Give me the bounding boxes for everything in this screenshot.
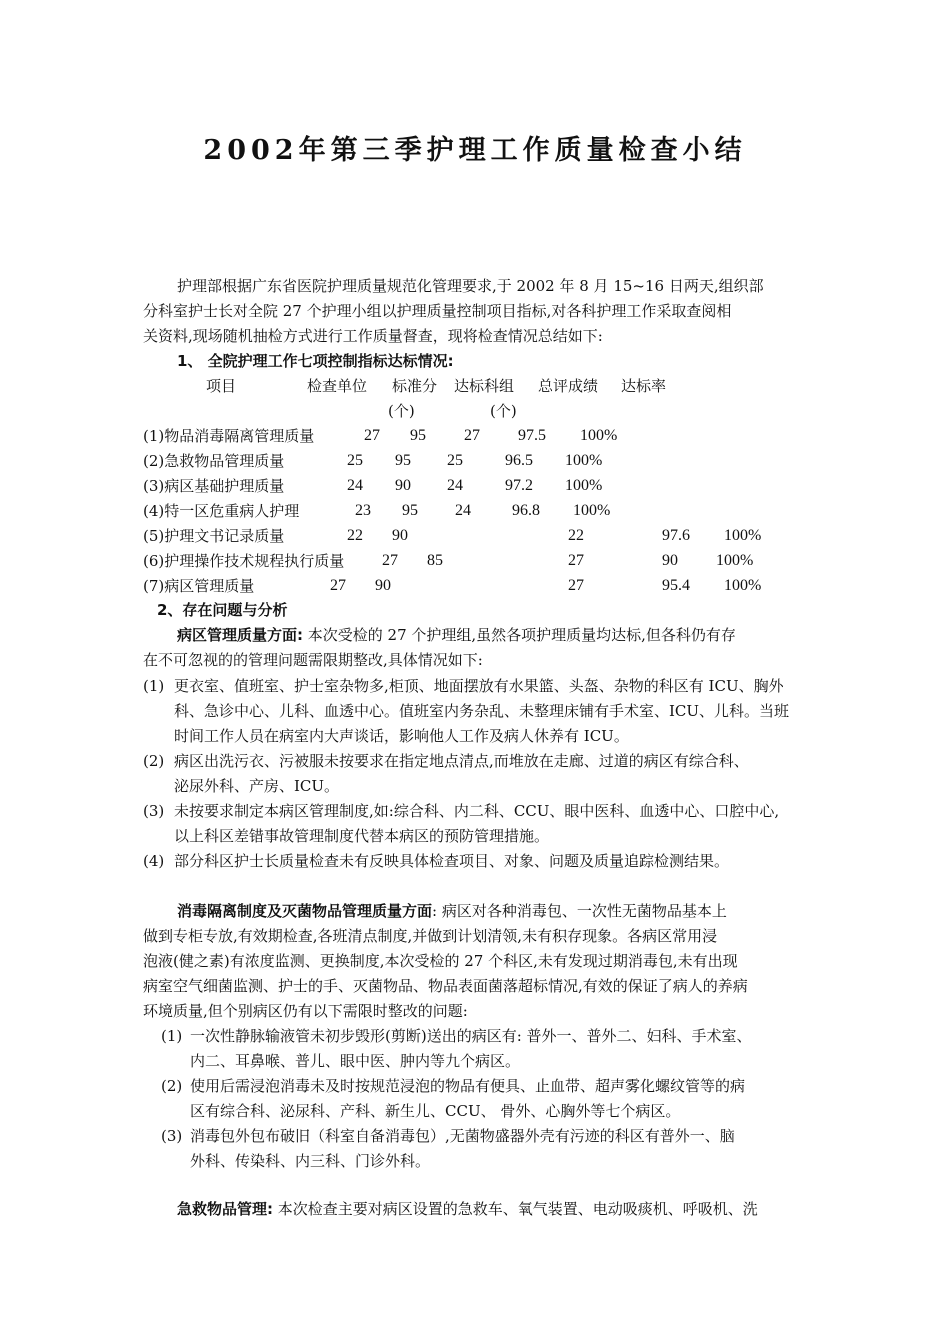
list-item-line: 泌尿外科、产房、ICU。 [174, 776, 339, 796]
row-units: 25 [347, 451, 363, 471]
row-score: 97.6 [662, 526, 690, 546]
table-subheader: (个) [388, 401, 415, 421]
row-rate: 100% [724, 576, 761, 596]
list-item-line: 科、急诊中心、儿科、血透中心。值班室内务杂乱、未整理床铺有手术室、ICU、儿科。… [174, 701, 789, 721]
list-item-line: 未按要求制定本病区管理制度,如:综合科、内二科、CCU、眼中医科、血透中心、口腔… [174, 801, 779, 821]
row-rate: 100% [724, 526, 761, 546]
row-passed: 24 [455, 501, 471, 521]
row-rate: 100% [573, 501, 610, 521]
row-item: (6)护理操作技术规程执行质量 [143, 551, 344, 571]
disinfection-line: 泡液(健之素)有浓度监测、更换制度,本次受检的 27 个科区,未有发现过期消毒包… [143, 951, 738, 971]
list-item-line: 病区出洗污衣、污被服未按要求在指定地点清点,而堆放在走廊、过道的病区有综合科、 [174, 751, 749, 771]
list-item-line: 区有综合科、泌尿科、产科、新生儿、CCU、 骨外、心胸外等七个病区。 [190, 1101, 680, 1121]
row-standard: 90 [392, 526, 408, 546]
ward-mgmt-label: 病区管理质量方面: [177, 626, 303, 644]
table-header-item: 项目 [206, 376, 236, 396]
list-item-number: (4) [143, 851, 164, 871]
table-header-passed: 达标科组 [454, 376, 514, 396]
intro-line: 关资料,现场随机抽检方式进行工作质量督查，现将检查情况总结如下: [143, 326, 603, 346]
list-item-number: (1) [143, 676, 164, 696]
row-units: 24 [347, 476, 363, 496]
document-title: 2002年第三季护理工作质量检查小结 [0, 128, 950, 167]
row-score: 96.8 [512, 501, 540, 521]
first-aid-label: 急救物品管理: [177, 1200, 273, 1218]
row-passed: 27 [568, 576, 584, 596]
row-standard: 90 [375, 576, 391, 596]
row-score: 96.5 [505, 451, 533, 471]
row-units: 27 [382, 551, 398, 571]
row-passed: 22 [568, 526, 584, 546]
first-aid-paragraph: 急救物品管理: 本次检查主要对病区设置的急救车、氧气装置、电动吸痰机、呼吸机、洗 [177, 1199, 758, 1219]
ward-mgmt-line: 在不可忽视的的管理问题需限期整改,具体情况如下: [143, 650, 483, 670]
row-passed: 27 [464, 426, 480, 446]
list-item-line: 一次性静脉输液管未初步毁形(剪断)送出的病区有: 普外一、普外二、妇科、手术室、 [190, 1026, 752, 1046]
list-item-line: 部分科区护士长质量检查未有反映具体检查项目、对象、问题及质量追踪检测结果。 [174, 851, 729, 871]
list-item-number: (3) [161, 1126, 182, 1146]
row-rate: 100% [565, 451, 602, 471]
disinfection-line: 病室空气细菌监测、护士的手、灭菌物品、物品表面菌落超标情况,有效的保证了病人的养… [143, 976, 748, 996]
list-item-line: 内二、耳鼻喉、普儿、眼中医、肿内等九个病区。 [190, 1051, 520, 1071]
section-heading: 1、 全院护理工作七项控制指标达标情况: [177, 351, 454, 371]
disinfection-label: 消毒隔离制度及灭菌物品管理质量方面 [177, 902, 432, 920]
document-page: 2002年第三季护理工作质量检查小结 护理部根据广东省医院护理质量规范化管理要求… [0, 0, 950, 1344]
list-item-line: 更衣室、值班室、护士室杂物多,柜顶、地面摆放有水果篮、头盔、杂物的科区有 ICU… [174, 676, 784, 696]
row-score: 97.5 [518, 426, 546, 446]
row-item: (1)物品消毒隔离管理质量 [143, 426, 314, 446]
table-header-rate: 达标率 [621, 376, 666, 396]
row-units: 27 [330, 576, 346, 596]
row-units: 23 [355, 501, 371, 521]
list-item-number: (2) [161, 1076, 182, 1096]
row-standard: 95 [402, 501, 418, 521]
row-rate: 100% [565, 476, 602, 496]
intro-line: 分科室护士长对全院 27 个护理小组以护理质量控制项目指标,对各科护理工作采取查… [143, 301, 731, 321]
row-item: (5)护理文书记录质量 [143, 526, 284, 546]
disinfection-line: 环境质量,但个别病区仍有以下需限时整改的问题: [143, 1001, 468, 1021]
row-score: 95.4 [662, 576, 690, 596]
intro-line: 护理部根据广东省医院护理质量规范化管理要求,于 2002 年 8 月 15~16… [177, 276, 764, 296]
table-header-standard: 标准分 [392, 376, 437, 396]
row-units: 22 [347, 526, 363, 546]
row-rate: 100% [716, 551, 753, 571]
row-passed: 24 [447, 476, 463, 496]
table-header-score: 总评成绩 [538, 376, 598, 396]
row-score: 90 [662, 551, 678, 571]
row-passed: 25 [447, 451, 463, 471]
list-item-line: 以上科区差错事故管理制度代替本病区的预防管理措施。 [174, 826, 549, 846]
list-item-line: 时间工作人员在病室内大声谈话，影响他人工作及病人休养有 ICU。 [174, 726, 629, 746]
table-subheader: (个) [490, 401, 517, 421]
list-item-line: 外科、传染科、内三科、门诊外科。 [190, 1151, 430, 1171]
row-standard: 95 [395, 451, 411, 471]
list-item-line: 消毒包外包布破旧（科室自备消毒包）,无菌物盛器外壳有污迹的科区有普外一、脑 [190, 1126, 735, 1146]
row-standard: 95 [410, 426, 426, 446]
list-item-number: (2) [143, 751, 164, 771]
ward-mgmt-paragraph: 病区管理质量方面: 本次受检的 27 个护理组,虽然各项护理质量均达标,但各科仍… [177, 625, 736, 645]
disinfection-paragraph: 消毒隔离制度及灭菌物品管理质量方面: 病区对各种消毒包、一次性无菌物品基本上 [177, 901, 727, 921]
list-item-line: 使用后需浸泡消毒未及时按规范浸泡的物品有便具、止血带、超声雾化螺纹管等的病 [190, 1076, 745, 1096]
disinfection-line: 做到专柜专放,有效期检查,各班清点制度,并做到计划清领,未有积存现象。各病区常用… [143, 926, 717, 946]
list-item-number: (1) [161, 1026, 182, 1046]
table-header-units: 检查单位 [307, 376, 367, 396]
row-units: 27 [364, 426, 380, 446]
row-standard: 90 [395, 476, 411, 496]
section-heading: 2、存在问题与分析 [157, 600, 287, 620]
row-item: (7)病区管理质量 [143, 576, 254, 596]
row-item: (4)特一区危重病人护理 [143, 501, 299, 521]
list-item-number: (3) [143, 801, 164, 821]
row-item: (2)急救物品管理质量 [143, 451, 284, 471]
row-score: 97.2 [505, 476, 533, 496]
row-item: (3)病区基础护理质量 [143, 476, 284, 496]
row-rate: 100% [580, 426, 617, 446]
row-passed: 27 [568, 551, 584, 571]
row-standard: 85 [427, 551, 443, 571]
